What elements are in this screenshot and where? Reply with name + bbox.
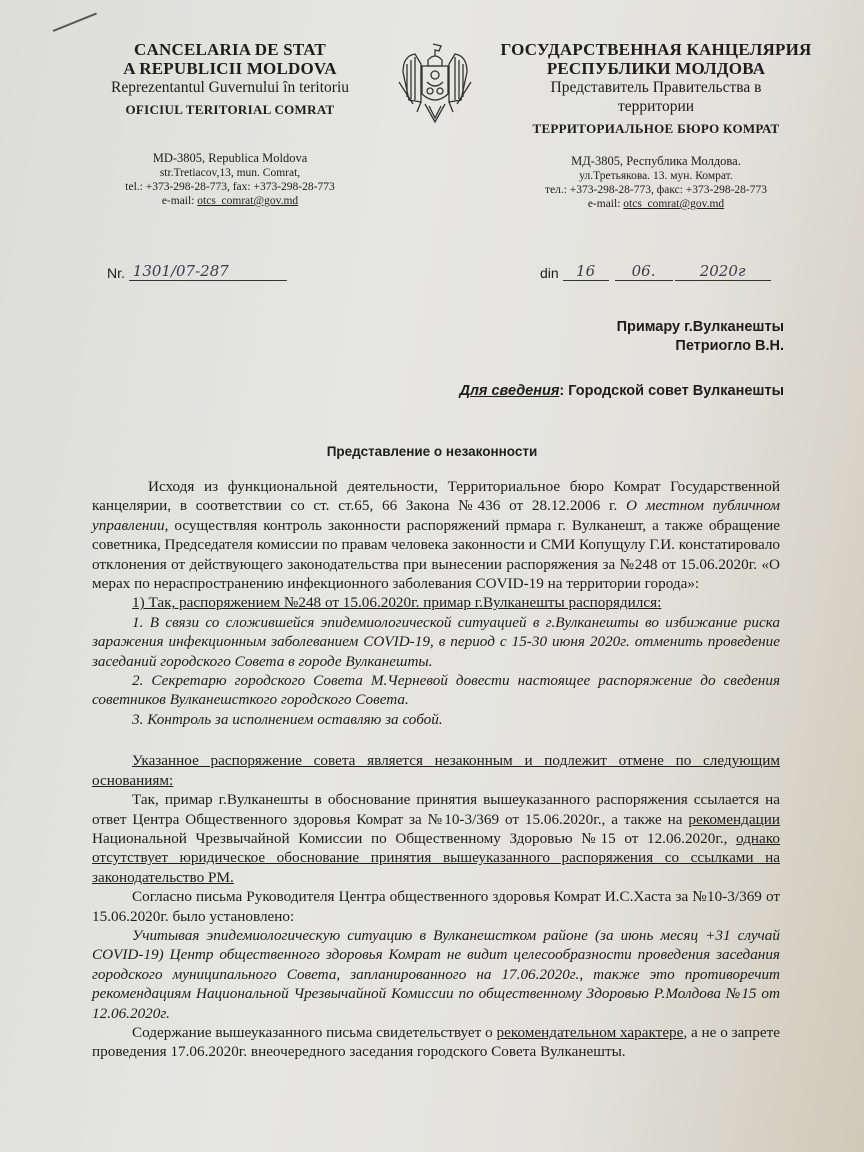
email-link[interactable]: otcs_comrat@gov.md	[197, 195, 298, 207]
org-title-ro-1: CANCELARIA DE STAT	[80, 40, 380, 59]
office-name-ru: ТЕРРИТОРИАЛЬНОЕ БЮРО КОМРАТ	[478, 118, 834, 140]
office-name-ro: OFICIUL TERITORIAL COMRAT	[80, 99, 380, 121]
paragraph-letter: Согласно письма Руководителя Центра обще…	[92, 887, 780, 926]
paragraph-grounds: Указанное распоряжение совета является н…	[92, 751, 780, 790]
reference-date: din 1606.2020г	[540, 262, 771, 281]
text-run: Так, примар г.Вулканешты в обоснование п…	[92, 791, 780, 827]
email-label: e-mail:	[162, 195, 197, 207]
address-ro-1: MD-3805, Republica Moldova	[80, 151, 380, 166]
email-label: e-mail:	[588, 198, 623, 210]
email-link[interactable]: otcs_comrat@gov.md	[623, 198, 724, 210]
phone-ru: тел.: +373-298-28-773, факс: +373-298-28…	[478, 183, 834, 197]
addressee-line-2: Петриогло В.Н.	[617, 337, 784, 356]
pen-stroke-mark	[53, 12, 97, 31]
org-subtitle-ru-1: Представитель Правительства в	[478, 78, 834, 97]
addressee-block: Примару г.Вулканешты Петриогло В.Н.	[617, 318, 784, 356]
paragraph-point-1: 1) Так, распоряжением №248 от 15.06.2020…	[92, 593, 780, 612]
text-run: рекомендации	[688, 811, 780, 828]
cc-label: Для сведения	[459, 383, 559, 399]
cc-line: Для сведения: Городской совет Вулканешты	[459, 383, 784, 399]
spacer	[92, 729, 780, 751]
date-month: 06.	[615, 262, 673, 281]
quoted-letter: Учитывая эпидемиологическую ситуацию в В…	[92, 926, 780, 1023]
email-ru: e-mail: otcs_comrat@gov.md	[478, 197, 834, 211]
org-title-ru-1: ГОСУДАРСТВЕННАЯ КАНЦЕЛЯРИЯ	[478, 40, 834, 59]
quoted-item-1: 1. В связи со сложившейся эпидемиологиче…	[92, 613, 780, 671]
org-subtitle-ru-2: территории	[478, 97, 834, 116]
text-run: 1) Так, распоряжением №248 от 15.06.2020…	[132, 594, 661, 611]
cc-value: Городской совет Вулканешты	[568, 383, 784, 399]
date-day: 16	[563, 262, 609, 281]
document-page: CANCELARIA DE STAT A REPUBLICII MOLDOVA …	[0, 0, 864, 1152]
reference-number: Nr. 1301/07-287	[107, 262, 287, 281]
header-left-romanian: CANCELARIA DE STAT A REPUBLICII MOLDOVA …	[80, 40, 380, 208]
org-title-ru-2: РЕСПУБЛИКИ МОЛДОВА	[478, 59, 834, 78]
moldova-coat-of-arms-icon	[395, 42, 475, 124]
address-ro-2: str.Tretiacov,13, mun. Comrat,	[80, 166, 380, 180]
paragraph-conclusion: Содержание вышеуказанного письма свидете…	[92, 1023, 780, 1062]
quoted-item-3: 3. Контроль за исполнением оставляю за с…	[92, 710, 780, 729]
nr-label: Nr.	[107, 265, 125, 281]
address-ru-1: МД-3805, Республика Молдова.	[478, 154, 834, 169]
nr-handwritten-value: 1301/07-287	[129, 262, 287, 281]
paragraph-intro: Исходя из функциональной деятельности, Т…	[92, 477, 780, 593]
quoted-item-2: 2. Секретарю городского Совета М.Чернево…	[92, 671, 780, 710]
paragraph-justification: Так, примар г.Вулканешты в обоснование п…	[92, 790, 780, 887]
header-right-russian: ГОСУДАРСТВЕННАЯ КАНЦЕЛЯРИЯ РЕСПУБЛИКИ МО…	[478, 40, 834, 211]
text-run: рекомендательном характере	[497, 1024, 684, 1041]
org-subtitle-ro: Reprezentantul Guvernului în teritoriu	[80, 78, 380, 97]
document-title: Представление о незаконности	[0, 444, 864, 459]
text-run: Содержание вышеуказанного письма свидете…	[132, 1024, 497, 1041]
text-run: , осуществляя контроль законности распор…	[92, 517, 780, 592]
cc-separator: :	[559, 383, 568, 399]
email-ro: e-mail: otcs_comrat@gov.md	[80, 194, 380, 208]
din-label: din	[540, 265, 559, 281]
addressee-line-1: Примару г.Вулканешты	[617, 318, 784, 337]
org-title-ro-2: A REPUBLICII MOLDOVA	[80, 59, 380, 78]
address-ru-2: ул.Третьякова. 13. мун. Комрат.	[478, 169, 834, 183]
text-run: Национальной Чрезвычайной Комиссии по Об…	[92, 830, 736, 847]
document-body: Исходя из функциональной деятельности, Т…	[92, 477, 780, 1062]
date-year: 2020г	[675, 262, 771, 281]
phone-ro: tel.: +373-298-28-773, fax: +373-298-28-…	[80, 180, 380, 194]
